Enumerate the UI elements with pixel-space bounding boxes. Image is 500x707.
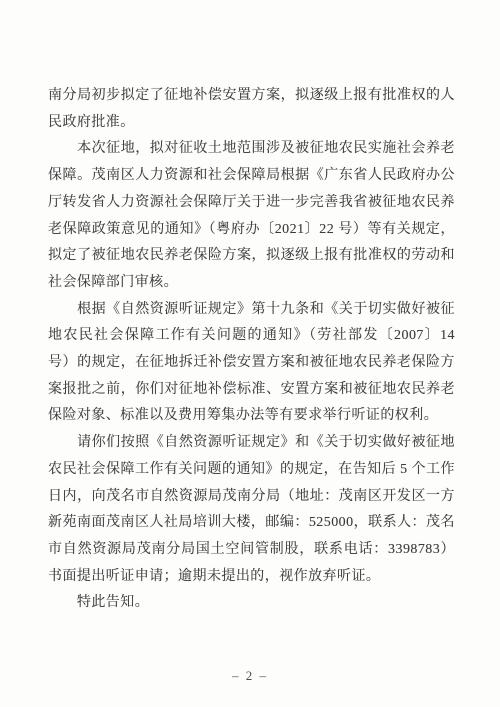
paragraph-social-security-plan: 本次征地，拟对征收土地范围涉及被征地农民实施社会养老保障。茂南区人力资源和社会保… bbox=[48, 136, 455, 296]
page-number: – 2 – bbox=[0, 668, 500, 684]
paragraph-continuation: 南分局初步拟定了征地补偿安置方案，拟逐级上报有批准权的人民政府批准。 bbox=[48, 83, 455, 136]
scanned-document-page: 南分局初步拟定了征地补偿安置方案，拟逐级上报有批准权的人民政府批准。 本次征地，… bbox=[0, 0, 500, 707]
paragraph-hearing-rights: 根据《自然资源听证规定》第十九条和《关于切实做好被征地农民社会保障工作有关问题的… bbox=[48, 297, 455, 431]
paragraph-closing: 特此告知。 bbox=[48, 590, 455, 617]
document-body: 南分局初步拟定了征地补偿安置方案，拟逐级上报有批准权的人民政府批准。 本次征地，… bbox=[48, 83, 455, 617]
paragraph-hearing-application-instructions: 请你们按照《自然资源听证规定》和《关于切实做好被征地农民社会保障工作有关问题的通… bbox=[48, 430, 455, 590]
